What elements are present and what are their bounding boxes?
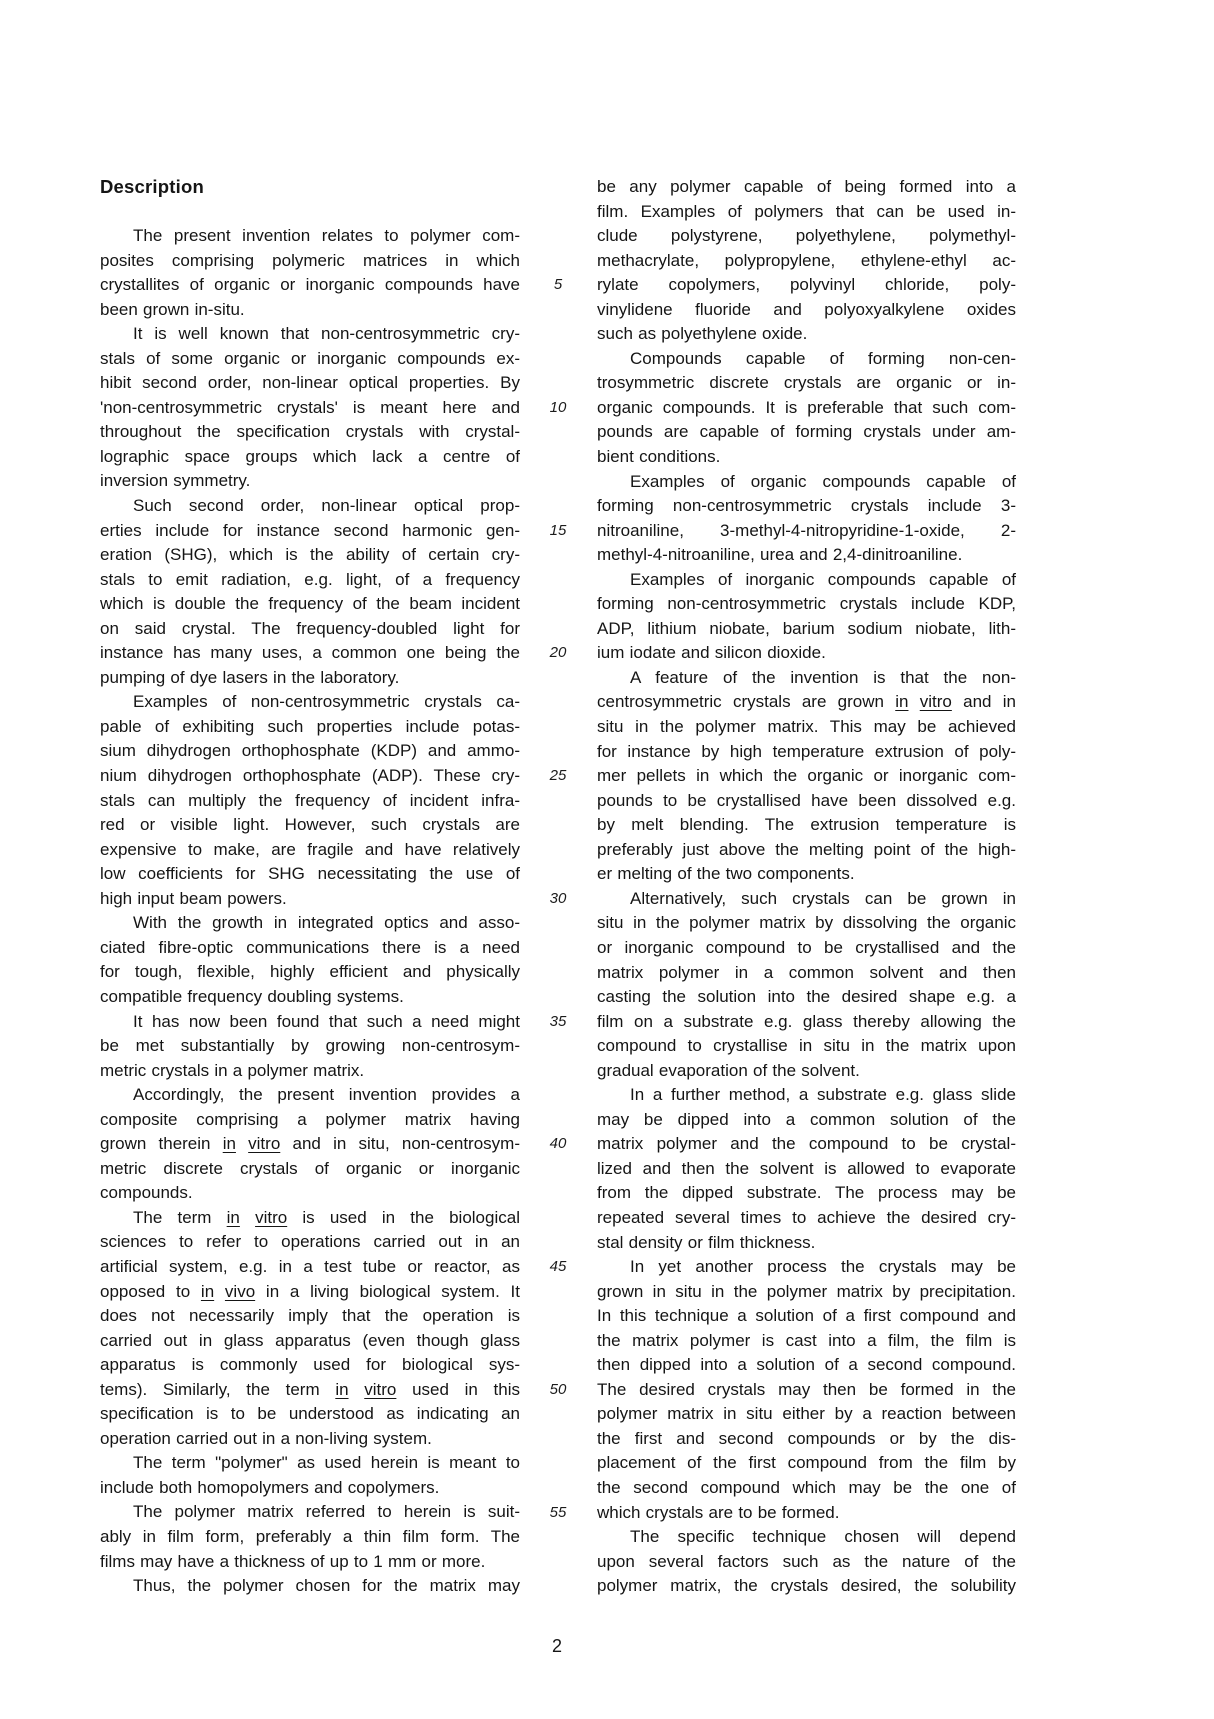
text-line: erties include for instance second harmo… xyxy=(100,519,520,544)
text-line: metric discrete crystals of organic or i… xyxy=(100,1157,520,1182)
text-line: the second compound which may be the one… xyxy=(597,1476,1016,1501)
text-line: Examples of non-centrosymmetric crystals… xyxy=(100,690,520,715)
text-line: pable of exhibiting such properties incl… xyxy=(100,715,520,740)
text-line: films may have a thickness of up to 1 mm… xyxy=(100,1550,520,1575)
text-line: instance has many uses, a common one bei… xyxy=(100,641,520,666)
text-line: er melting of the two components. xyxy=(597,862,1016,887)
line-number: 35 xyxy=(528,1010,588,1035)
page-number: 2 xyxy=(527,1634,587,1659)
text-line: film. Examples of polymers that can be u… xyxy=(597,200,1016,225)
text-line: repeated several times to achieve the de… xyxy=(597,1206,1016,1231)
text-line: polymer matrix, the crystals desired, th… xyxy=(597,1574,1016,1599)
text-line: or inorganic compound to be crystallised… xyxy=(597,936,1016,961)
text-line: rylate copolymers, polyvinyl chloride, p… xyxy=(597,273,1016,298)
text-line: carried out in glass apparatus (even tho… xyxy=(100,1329,520,1354)
text-line: tems). Similarly, the term in vitro used… xyxy=(100,1378,520,1403)
text-line: ADP, lithium niobate, barium sodium niob… xyxy=(597,617,1016,642)
line-number: 10 xyxy=(528,396,588,421)
text-line: gradual evaporation of the solvent. xyxy=(597,1059,1016,1084)
text-line: the first and second compounds or by the… xyxy=(597,1427,1016,1452)
line-number: 15 xyxy=(528,519,588,544)
text-line: Accordingly, the present invention provi… xyxy=(100,1083,520,1108)
text-line: nium dihydrogen orthophosphate (ADP). Th… xyxy=(100,764,520,789)
text-line: include both homopolymers and copolymers… xyxy=(100,1476,520,1501)
text-line: ium iodate and silicon dioxide. xyxy=(597,641,1016,666)
line-number: 20 xyxy=(528,641,588,666)
text-line: Thus, the polymer chosen for the matrix … xyxy=(100,1574,520,1599)
text-line: may be dipped into a common solution of … xyxy=(597,1108,1016,1133)
text-line: stals to emit radiation, e.g. light, of … xyxy=(100,568,520,593)
text-line: artificial system, e.g. in a test tube o… xyxy=(100,1255,520,1280)
text-line: lographic space groups which lack a cent… xyxy=(100,445,520,470)
text-line: be met substantially by growing non-cent… xyxy=(100,1034,520,1059)
text-line: expensive to make, are fragile and have … xyxy=(100,838,520,863)
text-line: vinylidene fluoride and polyoxyalkylene … xyxy=(597,298,1016,323)
text-line: stals of some organic or inorganic compo… xyxy=(100,347,520,372)
text-line: casting the solution into the desired sh… xyxy=(597,985,1016,1010)
text-line: situ in the polymer matrix by dissolving… xyxy=(597,911,1016,936)
text-line: In a further method, a substrate e.g. gl… xyxy=(597,1083,1016,1108)
text-line: lized and then the solvent is allowed to… xyxy=(597,1157,1016,1182)
text-line: matrix polymer in a common solvent and t… xyxy=(597,961,1016,986)
text-line: composite comprising a polymer matrix ha… xyxy=(100,1108,520,1133)
text-line: stals can multiply the frequency of inci… xyxy=(100,789,520,814)
text-line: It has now been found that such a need m… xyxy=(100,1010,520,1035)
text-line: grown therein in vitro and in situ, non-… xyxy=(100,1132,520,1157)
text-line: which crystals are to be formed. xyxy=(597,1501,1016,1526)
text-line: pounds to be crystallised have been diss… xyxy=(597,789,1016,814)
text-line: throughout the specification crystals wi… xyxy=(100,420,520,445)
text-line: compounds. xyxy=(100,1181,520,1206)
text-line: The specific technique chosen will depen… xyxy=(597,1525,1016,1550)
line-number: 25 xyxy=(528,764,588,789)
text-line: placement of the first compound from the… xyxy=(597,1451,1016,1476)
text-line: The desired crystals may then be formed … xyxy=(597,1378,1016,1403)
text-line: metric crystals in a polymer matrix. xyxy=(100,1059,520,1084)
text-column-right: be any polymer capable of being formed i… xyxy=(597,175,1016,1599)
text-line: The present invention relates to polymer… xyxy=(100,224,520,249)
line-number: 30 xyxy=(528,887,588,912)
line-number: 50 xyxy=(528,1378,588,1403)
text-line: Such second order, non-linear optical pr… xyxy=(100,494,520,519)
text-line: grown in situ in the polymer matrix by p… xyxy=(597,1280,1016,1305)
text-line: Examples of inorganic compounds capable … xyxy=(597,568,1016,593)
text-line: the matrix polymer is cast into a film, … xyxy=(597,1329,1016,1354)
text-line: In this technique a solution of a first … xyxy=(597,1304,1016,1329)
text-line: Compounds capable of forming non-cen- xyxy=(597,347,1016,372)
text-line: which is double the frequency of the bea… xyxy=(100,592,520,617)
text-line: then dipped into a solution of a second … xyxy=(597,1353,1016,1378)
text-line: situ in the polymer matrix. This may be … xyxy=(597,715,1016,740)
text-line: hibit second order, non-linear optical p… xyxy=(100,371,520,396)
text-line: be any polymer capable of being formed i… xyxy=(597,175,1016,200)
text-line: specification is to be understood as ind… xyxy=(100,1402,520,1427)
document-page: Description The present invention relate… xyxy=(0,0,1214,1719)
text-line: forming non-centrosymmetric crystals inc… xyxy=(597,592,1016,617)
text-line: eration (SHG), which is the ability of c… xyxy=(100,543,520,568)
text-line: by melt blending. The extrusion temperat… xyxy=(597,813,1016,838)
text-line: such as polyethylene oxide. xyxy=(597,322,1016,347)
text-line: upon several factors such as the nature … xyxy=(597,1550,1016,1575)
text-line: inversion symmetry. xyxy=(100,469,520,494)
text-line: stal density or film thickness. xyxy=(597,1231,1016,1256)
text-line: bient conditions. xyxy=(597,445,1016,470)
text-line: preferably just above the melting point … xyxy=(597,838,1016,863)
text-line: been grown in-situ. xyxy=(100,298,520,323)
text-line: posites comprising polymeric matrices in… xyxy=(100,249,520,274)
text-line: In yet another process the crystals may … xyxy=(597,1255,1016,1280)
text-line: pounds are capable of forming crystals u… xyxy=(597,420,1016,445)
text-line: apparatus is commonly used for biologica… xyxy=(100,1353,520,1378)
text-line: on said crystal. The frequency-doubled l… xyxy=(100,617,520,642)
text-line: ciated fibre-optic communications there … xyxy=(100,936,520,961)
text-line: With the growth in integrated optics and… xyxy=(100,911,520,936)
text-line: ably in film form, preferably a thin fil… xyxy=(100,1525,520,1550)
text-line: film on a substrate e.g. glass thereby a… xyxy=(597,1010,1016,1035)
text-line: forming non-centrosymmetric crystals inc… xyxy=(597,494,1016,519)
text-line: methacrylate, polypropylene, ethylene-et… xyxy=(597,249,1016,274)
text-line: Alternatively, such crystals can be grow… xyxy=(597,887,1016,912)
text-line: operation carried out in a non-living sy… xyxy=(100,1427,520,1452)
text-line: clude polystyrene, polyethylene, polymet… xyxy=(597,224,1016,249)
text-line: low coefficients for SHG necessitating t… xyxy=(100,862,520,887)
text-line: for tough, flexible, highly efficient an… xyxy=(100,960,520,985)
text-line: matrix polymer and the compound to be cr… xyxy=(597,1132,1016,1157)
text-line: high input beam powers. xyxy=(100,887,520,912)
text-line: crystallites of organic or inorganic com… xyxy=(100,273,520,298)
text-line: pumping of dye lasers in the laboratory. xyxy=(100,666,520,691)
text-line: centrosymmetric crystals are grown in vi… xyxy=(597,690,1016,715)
line-number: 45 xyxy=(528,1255,588,1280)
text-line: sium dihydrogen orthophosphate (KDP) and… xyxy=(100,739,520,764)
text-line: compatible frequency doubling systems. xyxy=(100,985,520,1010)
text-line: organic compounds. It is preferable that… xyxy=(597,396,1016,421)
text-line: for instance by high temperature extrusi… xyxy=(597,740,1016,765)
text-line: The polymer matrix referred to herein is… xyxy=(100,1500,520,1525)
text-line: A feature of the invention is that the n… xyxy=(597,666,1016,691)
text-line: nitroaniline, 3-methyl-4-nitropyridine-1… xyxy=(597,519,1016,544)
text-line: Examples of organic compounds capable of xyxy=(597,470,1016,495)
text-line: 'non-centrosymmetric crystals' is meant … xyxy=(100,396,520,421)
text-line: The term in vitro is used in the biologi… xyxy=(100,1206,520,1231)
text-line: compound to crystallise in situ in the m… xyxy=(597,1034,1016,1059)
text-line: methyl-4-nitroaniline, urea and 2,4-dini… xyxy=(597,543,1016,568)
text-line: from the dipped substrate. The process m… xyxy=(597,1181,1016,1206)
text-line: trosymmetric discrete crystals are organ… xyxy=(597,371,1016,396)
text-line: does not necessarily imply that the oper… xyxy=(100,1304,520,1329)
text-line: The term "polymer" as used herein is mea… xyxy=(100,1451,520,1476)
text-line: It is well known that non-centrosymmetri… xyxy=(100,322,520,347)
text-column-left: The present invention relates to polymer… xyxy=(100,224,520,1599)
text-line: polymer matrix in situ either by a react… xyxy=(597,1402,1016,1427)
page-title: Description xyxy=(100,175,204,200)
text-line: opposed to in vivo in a living biologica… xyxy=(100,1280,520,1305)
text-line: red or visible light. However, such crys… xyxy=(100,813,520,838)
line-number: 5 xyxy=(528,273,588,298)
line-number: 55 xyxy=(528,1501,588,1526)
line-number: 40 xyxy=(528,1132,588,1157)
text-line: mer pellets in which the organic or inor… xyxy=(597,764,1016,789)
text-line: sciences to refer to operations carried … xyxy=(100,1230,520,1255)
